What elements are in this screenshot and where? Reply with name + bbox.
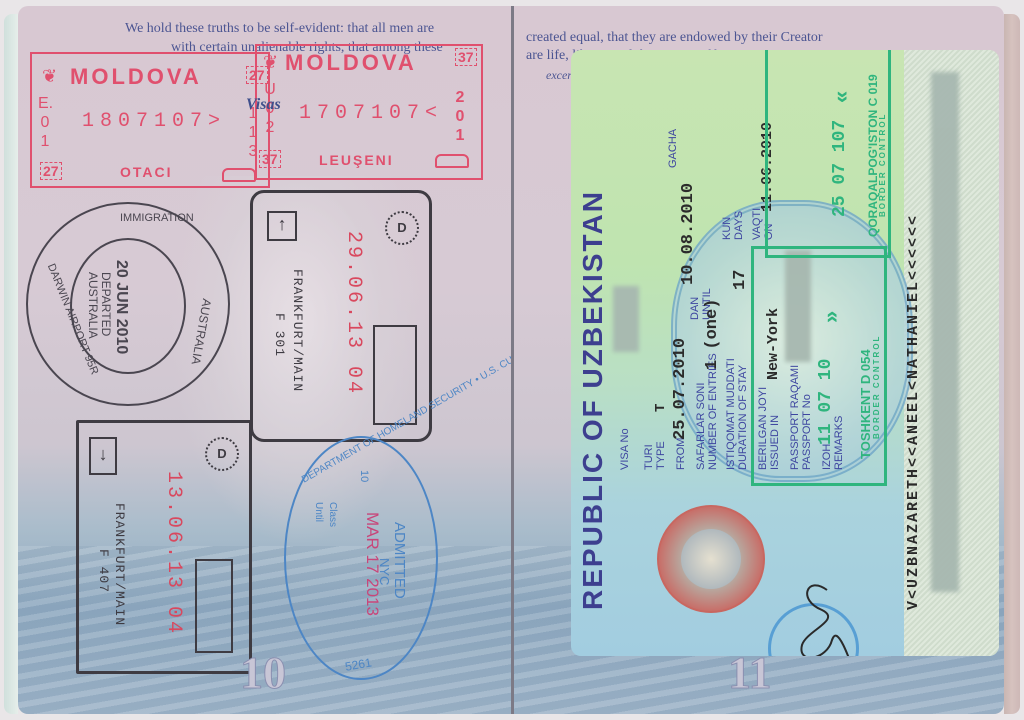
exit-arrow-icon: « xyxy=(828,91,854,103)
entries-label-en: NUMBER OF ENTRIES xyxy=(707,353,719,470)
hologram-seal xyxy=(657,505,765,613)
section-label-visas: Visas xyxy=(246,96,281,114)
stamp-date-code: 25 07 107 xyxy=(830,120,850,217)
stay-value: 17 xyxy=(731,270,750,290)
stay-label-uz: ISTIQOMAT MUDDATI xyxy=(725,358,737,470)
stamp-status: ADMITTED xyxy=(391,522,408,599)
stamp-date: 20 JUN 2010 xyxy=(112,260,130,354)
eu-stars-icon: D xyxy=(385,211,419,245)
stamp-box-number: 27 xyxy=(40,162,62,180)
stamp-place: FRANKFURT/MAIN xyxy=(290,269,305,392)
quote-line-1: We hold these truths to be self-evident:… xyxy=(125,21,434,37)
moldova-exit-stamp: ❦ MOLDOVA 27 E. 0 1 1807107> 1 1 3 27 OT… xyxy=(30,52,270,188)
mrz-line-1: V<UZBNAZARETH<<ANEEL<NATHANIEL<<<<<< xyxy=(905,214,922,610)
stamp-right-arc: AUSTRALIA xyxy=(189,298,214,366)
person-walking-icon xyxy=(373,325,417,425)
stamp-date-code: 1707107< xyxy=(299,102,443,125)
eu-stars-icon: D xyxy=(205,437,239,471)
passport-page-10: We hold these truths to be self-evident:… xyxy=(18,6,512,714)
stamp-place: LEUŞENI xyxy=(319,152,394,168)
redacted-mrz-line-2 xyxy=(931,72,959,592)
stay-unit-uz: KUN xyxy=(721,217,733,240)
stamp-class-label: Class xyxy=(327,502,338,527)
visa-no-label: VISA No xyxy=(619,428,631,470)
until-value: 10.08.2010 xyxy=(679,183,698,285)
stamp-left-column: E. 0 1 xyxy=(38,94,52,151)
moldova-coat-of-arms-icon: ❦ xyxy=(263,52,278,73)
stamp-date: 29.06.13 04 xyxy=(342,231,365,396)
stamp-top-number: 10 xyxy=(358,470,370,482)
page-edge-right xyxy=(1004,14,1020,714)
stamp-country: MOLDOVA xyxy=(70,64,202,90)
frankfurt-exit-stamp: ↑ D 29.06.13 04 FRANKFURT/MAIN F 301 xyxy=(250,190,432,442)
stamp-port: NYC xyxy=(377,558,392,585)
stamp-box-number: 37 xyxy=(455,48,477,66)
from-value: 25.07.2010 xyxy=(671,338,690,440)
entries-label-uz: SAFARLAR SONI xyxy=(695,383,707,470)
visa-country-title: REPUBLIC OF UZBEKISTAN xyxy=(577,190,609,610)
stamp-box-number: 37 xyxy=(259,150,281,168)
stamp-place: FRANKFURT/MAIN xyxy=(112,503,127,626)
moldova-coat-of-arms-icon: ❦ xyxy=(42,66,57,87)
stamp-code: F 407 xyxy=(96,549,111,593)
entries-value: 1 (one) xyxy=(703,299,722,370)
moldova-entry-stamp: ❦ MOLDOVA 37 U 0 2 1707107< 2 0 1 37 LEU… xyxy=(255,44,483,180)
quote-line-1: created equal, that they are endowed by … xyxy=(526,30,823,46)
stamp-code: F 301 xyxy=(272,313,287,357)
stamp-subtitle: BORDER CONTROL xyxy=(872,335,881,439)
entry-arrow-icon: ↓ xyxy=(89,437,117,475)
stamp-top-arc: IMMIGRATION xyxy=(120,212,194,224)
stamp-date: 13.06.13 04 xyxy=(162,471,185,636)
stay-unit-en: DAYS xyxy=(733,211,745,240)
stamp-subtitle: BORDER CONTROL xyxy=(878,113,887,217)
stamp-until-label: Until xyxy=(313,502,324,522)
stay-label-en: DURATION OF STAY xyxy=(737,365,749,470)
australia-departure-stamp: IMMIGRATION DARWIN AIRPORT 95R AUSTRALIA… xyxy=(26,202,230,406)
stamp-right-column: 2 0 1 xyxy=(453,88,467,145)
stamp-center-text: DEPARTED AUSTRALIA xyxy=(86,272,112,372)
car-icon xyxy=(222,168,256,182)
signature xyxy=(787,570,877,656)
type-value: T xyxy=(653,404,669,412)
uzbek-entry-stamp: TOSHKENT D 054 BORDER CONTROL 11 07 10 » xyxy=(751,246,887,486)
until-suffix: GACHA xyxy=(667,129,679,168)
stamp-date-code: 1807107> xyxy=(82,110,226,133)
car-icon xyxy=(435,154,469,168)
stamp-officer-number: 5261 xyxy=(344,655,373,673)
page-number: 10 xyxy=(240,646,286,699)
uzbekistan-visa-sticker: REPUBLIC OF UZBEKISTAN VISA No TURI TYPE… xyxy=(571,50,999,656)
us-admission-stamp: DEPARTMENT OF HOMELAND SECURITY • U.S. C… xyxy=(284,436,438,680)
exit-arrow-icon: ↑ xyxy=(267,211,297,241)
airplane-icon xyxy=(195,559,233,653)
issued-on-label-uz: VAQTI xyxy=(751,208,763,240)
stamp-place: TOSHKENT D 054 xyxy=(858,349,873,459)
entry-arrow-icon: » xyxy=(818,311,844,323)
uzbek-exit-stamp: QORAQALPOG'ISTON C 019 BORDER CONTROL 25… xyxy=(765,50,891,258)
until-label-uz: DAN xyxy=(689,297,701,320)
type-label-en: TYPE xyxy=(655,441,667,470)
frankfurt-entry-stamp: ↓ D 13.06.13 04 FRANKFURT/MAIN F 407 xyxy=(76,420,252,674)
page-edge-left xyxy=(4,14,18,714)
stamp-date-code: 11 07 10 xyxy=(816,359,836,445)
redacted-visa-number xyxy=(613,286,639,352)
stamp-country: MOLDOVA xyxy=(285,50,417,76)
type-label-uz: TURI xyxy=(643,444,655,470)
from-label: FROM xyxy=(675,438,687,470)
stamp-place: OTACI xyxy=(120,164,173,180)
